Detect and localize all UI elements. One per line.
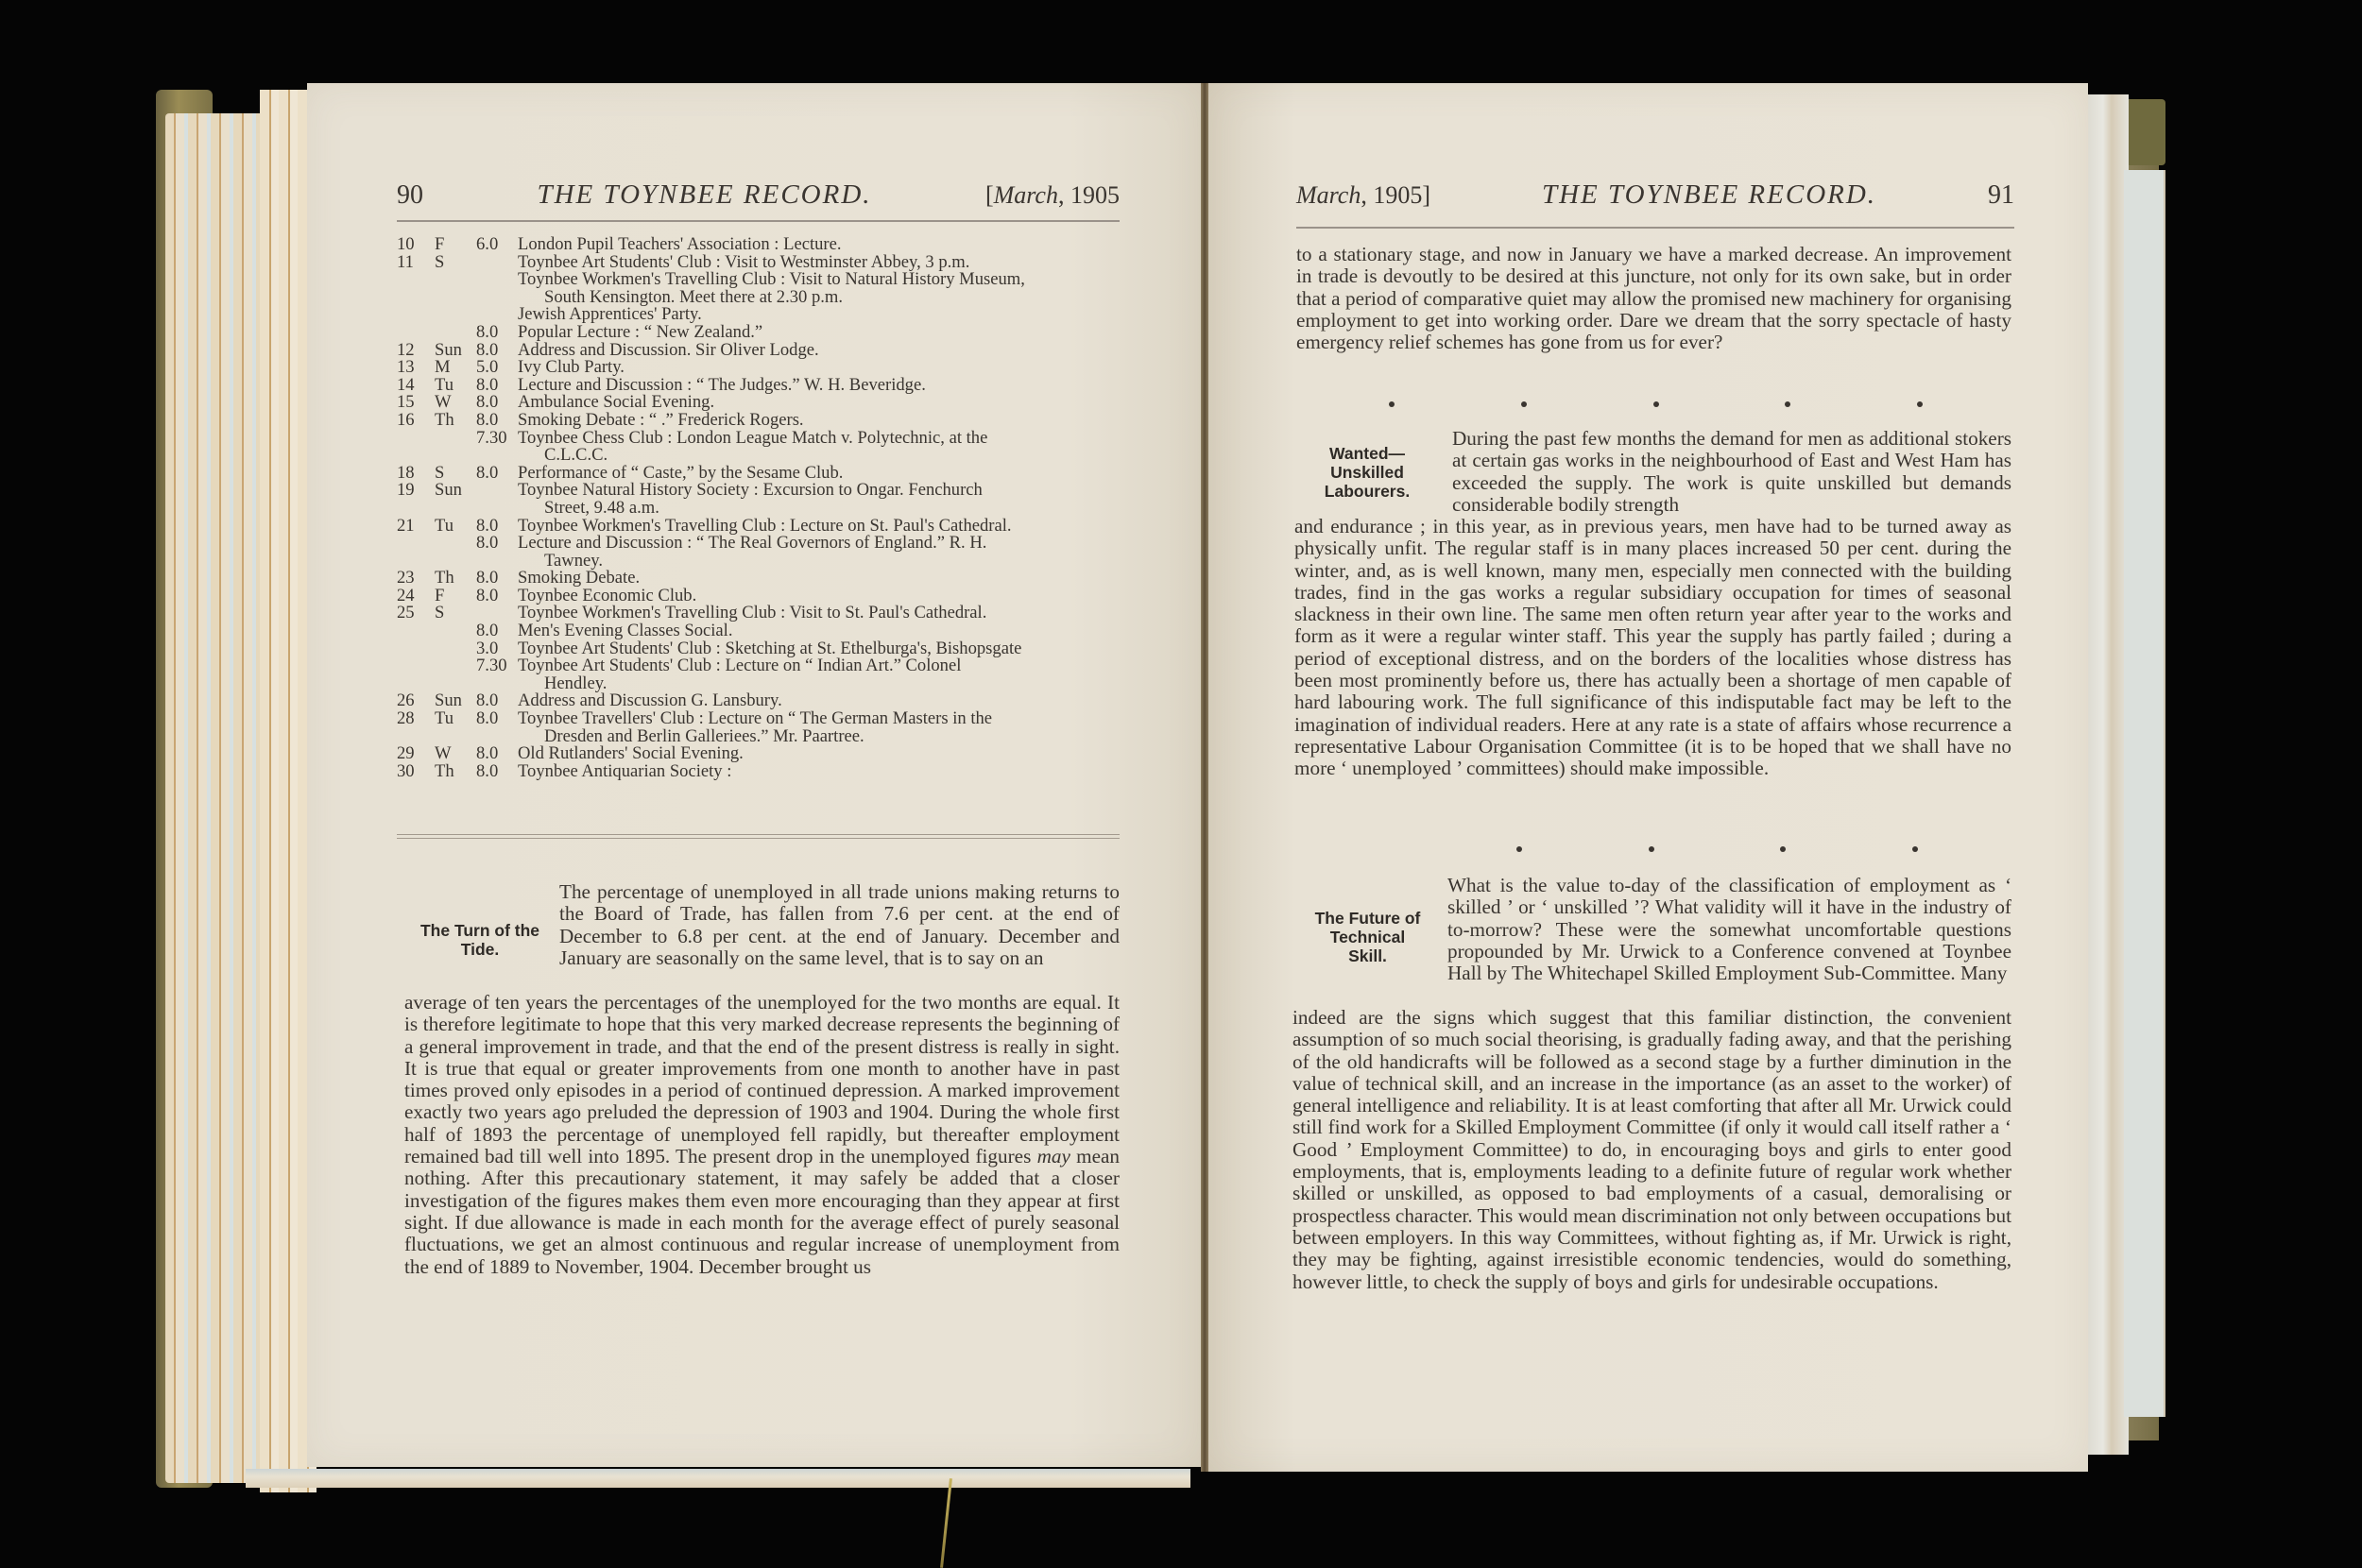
calendar-time: 8.0 xyxy=(476,588,518,605)
star-icon xyxy=(1521,401,1527,407)
separator-stars-2 xyxy=(1516,846,1918,852)
book-gutter xyxy=(1201,83,1208,1472)
right-page-number: 91 xyxy=(1988,180,2014,211)
separator-stars-1 xyxy=(1389,401,1923,407)
bookmark-ribbon xyxy=(940,1478,952,1568)
calendar-day xyxy=(397,271,435,306)
left-running-head: 90 THE TOYNBEE RECORD. [March, 1905 xyxy=(397,179,1120,211)
calendar-weekday xyxy=(435,306,476,324)
calendar-day xyxy=(397,306,435,324)
calendar-description: Toynbee Travellers' Club : Lecture on “ … xyxy=(518,710,1120,745)
calendar-weekday: Tu xyxy=(435,710,476,745)
calendar-entry: 29W8.0Old Rutlanders' Social Evening. xyxy=(397,745,1120,763)
calendar-entry: 13M5.0Ivy Club Party. xyxy=(397,359,1120,377)
calendar-day: 10 xyxy=(397,236,435,254)
star-icon xyxy=(1649,846,1654,852)
calendar-time: 8.0 xyxy=(476,412,518,430)
calendar-weekday: Sun xyxy=(435,482,476,517)
calendar-time: 6.0 xyxy=(476,236,518,254)
calendar-list: 10F6.0London Pupil Teachers' Association… xyxy=(397,236,1120,780)
calendar-entry: 10F6.0London Pupil Teachers' Association… xyxy=(397,236,1120,254)
left-running-date: [March, 1905 xyxy=(985,181,1120,210)
calendar-time xyxy=(476,271,518,306)
calendar-entry: 8.0Lecture and Discussion : “ The Real G… xyxy=(397,535,1120,570)
calendar-weekday: M xyxy=(435,359,476,377)
calendar-description-continuation: C.L.C.C. xyxy=(518,447,1120,465)
calendar-day: 16 xyxy=(397,412,435,430)
left-page-number: 90 xyxy=(397,180,423,211)
star-icon xyxy=(1780,846,1786,852)
section-future-body: indeed are the signs which suggest that … xyxy=(1292,1007,2011,1293)
calendar-description: Ivy Club Party. xyxy=(518,359,1120,377)
calendar-entry: 14Tu8.0Lecture and Discussion : “ The Ju… xyxy=(397,377,1120,395)
article-turn-of-tide-indented: The percentage of unemployed in all trad… xyxy=(559,881,1120,969)
calendar-day: 28 xyxy=(397,710,435,745)
calendar-day: 30 xyxy=(397,763,435,781)
calendar-day xyxy=(397,657,435,692)
section-wanted-indented: During the past few months the demand fo… xyxy=(1452,428,2011,516)
right-running-date: March, 1905] xyxy=(1296,181,1430,210)
calendar-time: 8.0 xyxy=(476,710,518,745)
calendar-description-text: Toynbee Chess Club : London League Match… xyxy=(518,430,1120,448)
page-edges-left-outer xyxy=(165,113,269,1483)
calendar-weekday: Th xyxy=(435,763,476,781)
calendar-description-continuation: Street, 9.48 a.m. xyxy=(518,500,1120,518)
calendar-day xyxy=(397,622,435,640)
calendar-description-text: Lecture and Discussion : “ The Real Gove… xyxy=(518,535,1120,553)
calendar-entry: 19SunToynbee Natural History Society : E… xyxy=(397,482,1120,517)
calendar-description-text: Ivy Club Party. xyxy=(518,359,1120,377)
calendar-description-text: Toynbee Workmen's Travelling Club : Visi… xyxy=(518,271,1120,289)
calendar-divider-2 xyxy=(397,838,1120,839)
calendar-weekday xyxy=(435,622,476,640)
calendar-description: Toynbee Chess Club : London League Match… xyxy=(518,430,1120,465)
page-edges-right-inner xyxy=(2086,94,2129,1455)
star-icon xyxy=(1516,846,1522,852)
star-icon xyxy=(1653,401,1659,407)
right-head-rule xyxy=(1296,227,2014,229)
calendar-day xyxy=(397,640,435,658)
calendar-time xyxy=(476,482,518,517)
calendar-description-text: London Pupil Teachers' Association : Lec… xyxy=(518,236,1120,254)
calendar-day: 11 xyxy=(397,254,435,272)
calendar-time: 7.30 xyxy=(476,430,518,465)
calendar-day: 13 xyxy=(397,359,435,377)
calendar-entry: 12Sun8.0Address and Discussion. Sir Oliv… xyxy=(397,342,1120,360)
calendar-description: Popular Lecture : “ New Zealand.” xyxy=(518,324,1120,342)
calendar-weekday: S xyxy=(435,254,476,272)
calendar-day: 21 xyxy=(397,518,435,536)
calendar-description-text: Smoking Debate : “ .” Frederick Rogers. xyxy=(518,412,1120,430)
section-future-indented: What is the value to-day of the classifi… xyxy=(1447,875,2011,984)
star-icon xyxy=(1917,401,1923,407)
calendar-entry: 8.0Popular Lecture : “ New Zealand.” xyxy=(397,324,1120,342)
continuation-text: to a stationary stage, and now in Januar… xyxy=(1296,244,2011,353)
calendar-description-text: Toynbee Travellers' Club : Lecture on “ … xyxy=(518,710,1120,728)
left-head-rule xyxy=(397,220,1120,222)
star-icon xyxy=(1785,401,1790,407)
calendar-day xyxy=(397,324,435,342)
calendar-weekday: Th xyxy=(435,412,476,430)
calendar-day xyxy=(397,430,435,465)
calendar-weekday: Tu xyxy=(435,518,476,536)
calendar-entry: 7.30Toynbee Chess Club : London League M… xyxy=(397,430,1120,465)
calendar-weekday xyxy=(435,535,476,570)
star-icon xyxy=(1912,846,1918,852)
calendar-entry: 16Th8.0Smoking Debate : “ .” Frederick R… xyxy=(397,412,1120,430)
sidenote-future-technical-skill: The Future of Technical Skill. xyxy=(1309,909,1427,965)
calendar-description: Toynbee Workmen's Travelling Club : Visi… xyxy=(518,271,1120,306)
calendar-description: Lecture and Discussion : “ The Real Gove… xyxy=(518,535,1120,570)
sidenote-wanted-unskilled: Wanted— Unskilled Labourers. xyxy=(1315,444,1419,501)
calendar-description: Toynbee Art Students' Club : Lecture on … xyxy=(518,657,1120,692)
calendar-entry: 23Th8.0Smoking Debate. xyxy=(397,570,1120,588)
calendar-weekday xyxy=(435,657,476,692)
calendar-divider xyxy=(397,834,1120,835)
calendar-day: 25 xyxy=(397,605,435,622)
calendar-weekday xyxy=(435,640,476,658)
calendar-weekday xyxy=(435,324,476,342)
calendar-description-text: Toynbee Antiquarian Society : xyxy=(518,763,1120,781)
calendar-entry: 25SToynbee Workmen's Travelling Club : V… xyxy=(397,605,1120,622)
calendar-description-text: Popular Lecture : “ New Zealand.” xyxy=(518,324,1120,342)
calendar-description: London Pupil Teachers' Association : Lec… xyxy=(518,236,1120,254)
calendar-weekday xyxy=(435,430,476,465)
calendar-entry: 7.30Toynbee Art Students' Club : Lecture… xyxy=(397,657,1120,692)
calendar-time: 8.0 xyxy=(476,465,518,483)
calendar-day xyxy=(397,535,435,570)
calendar-entry: 8.0Men's Evening Classes Social. xyxy=(397,622,1120,640)
calendar-time: 8.0 xyxy=(476,622,518,640)
calendar-time: 8.0 xyxy=(476,763,518,781)
book-cover-right-tab xyxy=(2126,99,2165,165)
calendar-entry: 30Th8.0Toynbee Antiquarian Society : xyxy=(397,763,1120,781)
section-wanted-body: and endurance ; in this year, as in prev… xyxy=(1294,516,2011,780)
calendar-time: 8.0 xyxy=(476,324,518,342)
calendar-time: 5.0 xyxy=(476,359,518,377)
calendar-weekday: F xyxy=(435,236,476,254)
right-running-head: March, 1905] THE TOYNBEE RECORD. 91 xyxy=(1296,179,2014,211)
calendar-description: Smoking Debate : “ .” Frederick Rogers. xyxy=(518,412,1120,430)
calendar-description: Men's Evening Classes Social. xyxy=(518,622,1120,640)
calendar-entry: Toynbee Workmen's Travelling Club : Visi… xyxy=(397,271,1120,306)
calendar-description: Toynbee Natural History Society : Excurs… xyxy=(518,482,1120,517)
sidenote-turn-of-tide: The Turn of the Tide. xyxy=(414,921,546,959)
star-icon xyxy=(1389,401,1395,407)
calendar-weekday: S xyxy=(435,605,476,622)
calendar-description-text: Men's Evening Classes Social. xyxy=(518,622,1120,640)
calendar-time: 7.30 xyxy=(476,657,518,692)
left-running-title: THE TOYNBEE RECORD. xyxy=(537,179,871,211)
right-running-title: THE TOYNBEE RECORD. xyxy=(1542,179,1876,211)
page-edges-bottom xyxy=(246,1469,1190,1488)
page-edges-right-outer xyxy=(2124,170,2165,1417)
article-turn-of-tide-body: average of ten years the percentages of … xyxy=(404,992,1120,1278)
calendar-day: 19 xyxy=(397,482,435,517)
calendar-description-text: Toynbee Art Students' Club : Lecture on … xyxy=(518,657,1120,675)
calendar-description: Toynbee Antiquarian Society : xyxy=(518,763,1120,781)
calendar-time xyxy=(476,254,518,272)
calendar-entry: 28Tu8.0Toynbee Travellers' Club : Lectur… xyxy=(397,710,1120,745)
calendar-time: 8.0 xyxy=(476,535,518,570)
calendar-weekday xyxy=(435,271,476,306)
